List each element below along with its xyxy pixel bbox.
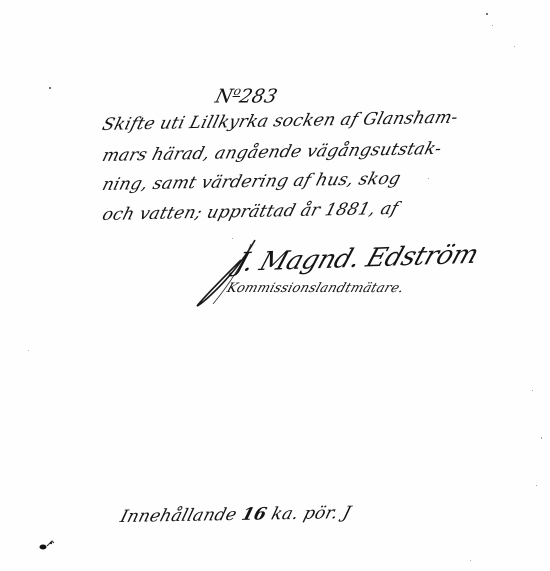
paper-speck (49, 87, 51, 89)
body-line-3: ning, samt värdering af hus, skog (100, 169, 403, 195)
body-line-1: Skifte uti Lillkyrka socken af Glansham- (100, 108, 460, 135)
contents-suffix: ka. pör. J (269, 503, 353, 524)
paper-speck (541, 437, 542, 439)
contents-note: Innehållande 16 ka. pör. J (118, 503, 353, 527)
paper-speck (486, 13, 488, 15)
paper-speck (536, 485, 537, 486)
body-line-4: och vatten; upprättad år 1881, af (100, 199, 400, 225)
ink-blot-icon (38, 538, 56, 552)
contents-count: 16 (239, 504, 269, 524)
paper-speck (492, 25, 493, 26)
paper-speck (428, 178, 429, 179)
paper-speck (514, 46, 515, 47)
paper-speck (232, 238, 233, 239)
number-value: 283 (237, 85, 279, 107)
contents-prefix: Innehållande (118, 505, 239, 527)
body-line-2: mars härad, angående vägångsutstak- (100, 139, 444, 166)
document-page: No283 Skifte uti Lillkyrka socken af Gla… (0, 0, 550, 571)
paper-speck (183, 210, 184, 211)
paper-speck (532, 390, 533, 391)
paper-speck (28, 350, 29, 351)
document-number: No283 (213, 84, 280, 107)
signature-title: Kommissionslandtmätare. (225, 281, 406, 296)
paper-speck (470, 560, 471, 561)
